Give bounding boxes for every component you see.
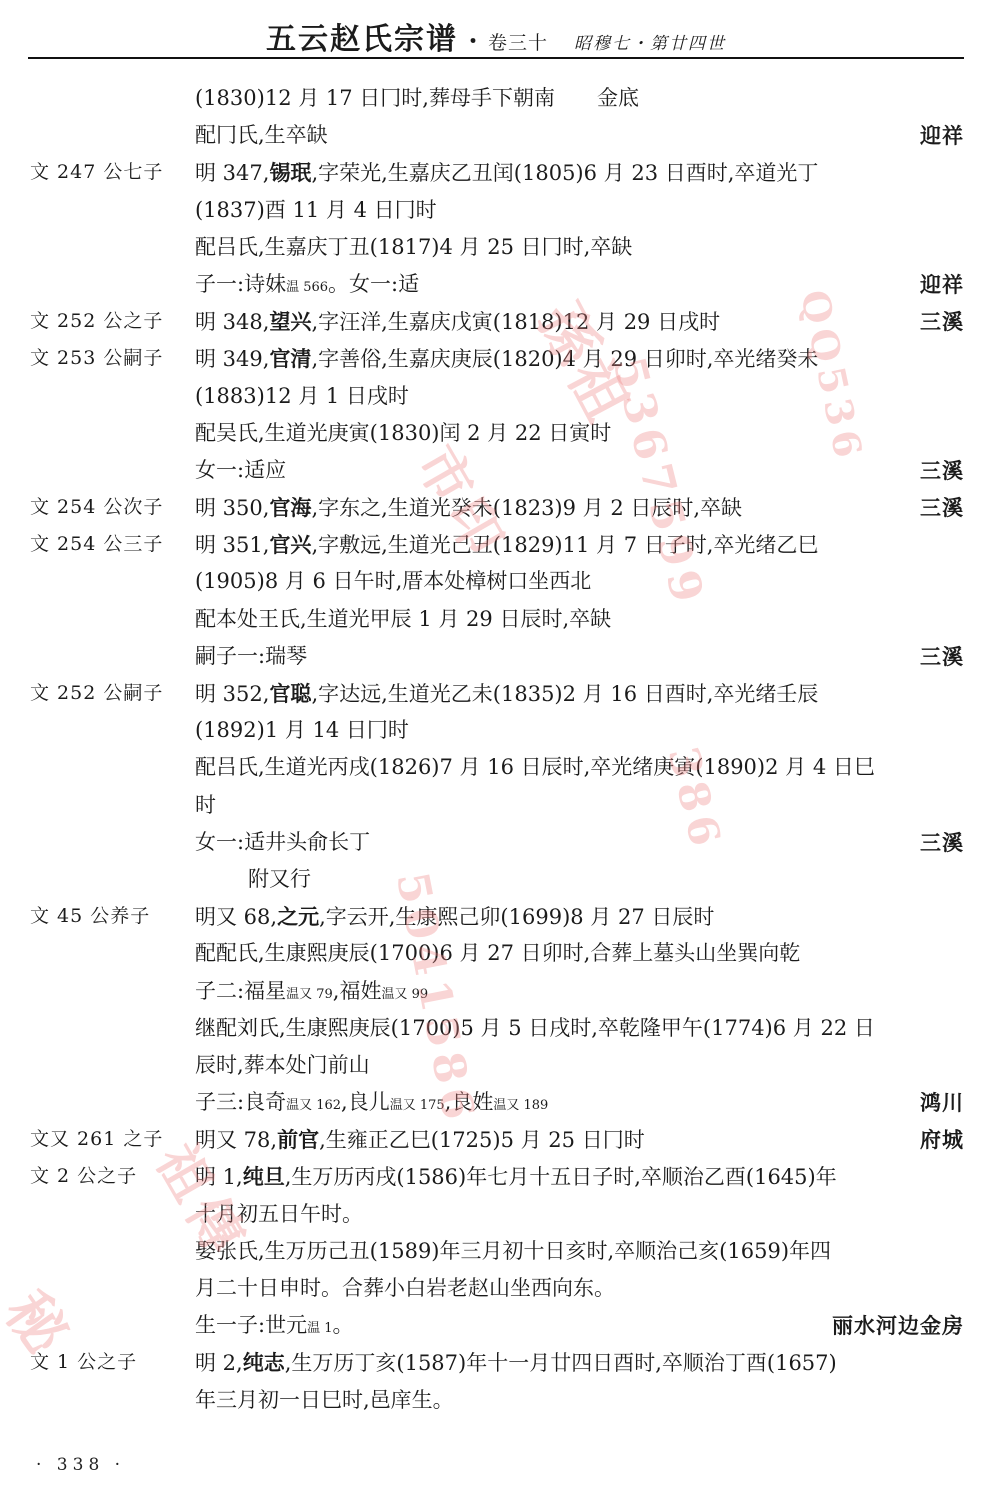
entry-text: 明 348,望兴,字汪洋,生嘉庆戊寅(1818)12 月 29 日戌时 <box>195 303 992 341</box>
entry-row: 文 252 公之子明 348,望兴,字汪洋,生嘉庆戊寅(1818)12 月 29… <box>0 303 992 340</box>
entry-text: (1883)12 月 1 日戌时 <box>195 378 992 415</box>
entry-row: 继配刘氏,生康熙庚辰(1700)5 月 5 日戌时,卒乾隆甲午(1774)6 月… <box>0 1010 992 1047</box>
entry-row: 文 254 公三子明 351,官兴,字敷远,生道光己丑(1829)11 月 7 … <box>0 526 992 563</box>
entry-text: 女一:适井头俞长丁 <box>195 824 992 861</box>
entry-text: 明 2,纯志,生万历丁亥(1587)年十一月廿四日酉时,卒顺治丁酉(1657) <box>195 1344 992 1382</box>
entry-row: 女一:适井头俞长丁三溪 <box>0 824 992 861</box>
relation-label: 文 253 公嗣子 <box>30 340 163 377</box>
entry-row: (1892)1 月 14 日冂时 <box>0 712 992 749</box>
branch-name: 三溪 <box>920 824 964 861</box>
entry-text: 子二:福星温又 79,福姓温又 99 <box>195 973 992 1013</box>
entry-row: 配吕氏,生嘉庆丁丑(1817)4 月 25 日冂时,卒缺 <box>0 229 992 266</box>
header-divider <box>28 57 964 59</box>
entry-row: 文 247 公七子明 347,锡珉,字荣光,生嘉庆乙丑闰(1805)6 月 23… <box>0 154 992 191</box>
entry-row: 月二十日申时。合葬小白岩老赵山坐西向东。 <box>0 1270 992 1307</box>
relation-label: 文 1 公之子 <box>30 1344 137 1381</box>
entry-text: 明又 78,前官,生雍正乙巳(1725)5 月 25 日冂时 <box>195 1121 992 1159</box>
branch-name: 三溪 <box>920 489 964 526</box>
entry-row: 文 254 公次子明 350,官海,字东之,生道光癸未(1823)9 月 2 日… <box>0 489 992 526</box>
entry-row: (1905)8 月 6 日午时,厝本处樟树口坐西北 <box>0 563 992 600</box>
branch-name: 三溪 <box>920 303 964 340</box>
entry-text: 配配氏,生康熙庚辰(1700)6 月 27 日卯时,合葬上墓头山坐巽向乾 <box>195 935 992 972</box>
branch-name: 三溪 <box>920 452 964 489</box>
entry-text: 年三月初一日巳时,邑庠生。 <box>195 1382 992 1419</box>
entry-row: 子一:诗妹温 566。女一:适迎祥 <box>0 266 992 303</box>
entry-text: 配吴氏,生道光庚寅(1830)闰 2 月 22 日寅时 <box>195 415 992 452</box>
relation-label: 文又 261 之子 <box>30 1121 163 1158</box>
entry-row: (1837)酉 11 月 4 日冂时 <box>0 192 992 229</box>
entry-text: 娶张氏,生万历己丑(1589)年三月初十日亥时,卒顺治己亥(1659)年四 <box>195 1233 992 1270</box>
relation-label: 文 252 公之子 <box>30 303 163 340</box>
section-title: 昭穆七・第廿四世 <box>574 34 726 54</box>
entry-row: (1830)12 月 17 日冂时,葬母手下朝南 金底 <box>0 80 992 117</box>
title-separator-dot: ・ <box>462 29 484 55</box>
branch-name: 鸿川 <box>920 1084 964 1121</box>
entry-row: 配吕氏,生道光丙戌(1826)7 月 16 日辰时,卒光绪庚寅(1890)2 月… <box>0 749 992 786</box>
relation-label: 文 2 公之子 <box>30 1158 137 1195</box>
entry-row: 生一子:世元温 1。丽水河边金房 <box>0 1307 992 1344</box>
entry-row: 年三月初一日巳时,邑庠生。 <box>0 1382 992 1419</box>
entry-row: 嗣子一:瑞琴三溪 <box>0 638 992 675</box>
entry-text: (1837)酉 11 月 4 日冂时 <box>195 192 992 229</box>
relation-label: 文 247 公七子 <box>30 154 163 191</box>
page-header: 五云赵氏宗谱・卷三十昭穆七・第廿四世 <box>0 14 992 58</box>
entry-text: 明 351,官兴,字敷远,生道光己丑(1829)11 月 7 日子时,卒光绪乙巳 <box>195 526 992 564</box>
entry-text: 时 <box>195 787 992 824</box>
entry-text: (1830)12 月 17 日冂时,葬母手下朝南 金底 <box>195 80 992 117</box>
relation-label: 文 45 公养子 <box>30 898 150 935</box>
entry-row: 配本处王氏,生道光甲辰 1 月 29 日辰时,卒缺 <box>0 601 992 638</box>
entry-row: 配吴氏,生道光庚寅(1830)闰 2 月 22 日寅时 <box>0 415 992 452</box>
branch-name: 府城 <box>920 1121 964 1158</box>
entry-text: 附又行 <box>248 861 992 898</box>
entry-text: 女一:适应 <box>195 452 992 489</box>
entry-text: 辰时,葬本处门前山 <box>195 1047 992 1084</box>
entry-row: 女一:适应三溪 <box>0 452 992 489</box>
entry-text: 明 352,官聪,字达远,生道光乙未(1835)2 月 16 日酉时,卒光绪壬辰 <box>195 675 992 713</box>
entry-row: 文 252 公嗣子明 352,官聪,字达远,生道光乙未(1835)2 月 16 … <box>0 675 992 712</box>
entry-text: 明 347,锡珉,字荣光,生嘉庆乙丑闰(1805)6 月 23 日酉时,卒道光丁 <box>195 154 992 192</box>
entry-text: 明 1,纯旦,生万历丙戌(1586)年七月十五日子时,卒顺治乙酉(1645)年 <box>195 1158 992 1196</box>
entry-text: 月二十日申时。合葬小白岩老赵山坐西向东。 <box>195 1270 992 1307</box>
entry-row: 配冂氏,生卒缺迎祥 <box>0 117 992 154</box>
genealogy-page: 孫祖5367599QQ536市印3865041586祖傳秘 五云赵氏宗谱・卷三十… <box>0 0 992 1512</box>
relation-label: 文 254 公次子 <box>30 489 163 526</box>
entry-text: 配本处王氏,生道光甲辰 1 月 29 日辰时,卒缺 <box>195 601 992 638</box>
entry-row: (1883)12 月 1 日戌时 <box>0 378 992 415</box>
entry-text: 明 349,官清,字善俗,生嘉庆庚辰(1820)4 月 29 日卯时,卒光绪癸未 <box>195 340 992 378</box>
entry-row: 子三:良奇温又 162,良儿温又 175,良姓温又 189鸿川 <box>0 1084 992 1121</box>
branch-name: 三溪 <box>920 638 964 675</box>
entry-text: 继配刘氏,生康熙庚辰(1700)5 月 5 日戌时,卒乾隆甲午(1774)6 月… <box>195 1010 992 1047</box>
entry-text: 嗣子一:瑞琴 <box>195 638 992 675</box>
entry-row: 时 <box>0 787 992 824</box>
entry-text: 子一:诗妹温 566。女一:适 <box>195 266 992 306</box>
volume-title: 卷三十 <box>488 32 548 54</box>
page-number: · 338 · <box>36 1455 125 1475</box>
entry-text: 子三:良奇温又 162,良儿温又 175,良姓温又 189 <box>195 1084 992 1124</box>
branch-name: 迎祥 <box>920 117 964 154</box>
entry-text: (1892)1 月 14 日冂时 <box>195 712 992 749</box>
entry-row: 文又 261 之子明又 78,前官,生雍正乙巳(1725)5 月 25 日冂时府… <box>0 1121 992 1158</box>
entry-row: 娶张氏,生万历己丑(1589)年三月初十日亥时,卒顺治己亥(1659)年四 <box>0 1233 992 1270</box>
relation-label: 文 254 公三子 <box>30 526 163 563</box>
entry-row: 文 1 公之子明 2,纯志,生万历丁亥(1587)年十一月廿四日酉时,卒顺治丁酉… <box>0 1344 992 1381</box>
entry-row: 配配氏,生康熙庚辰(1700)6 月 27 日卯时,合葬上墓头山坐巽向乾 <box>0 935 992 972</box>
entry-row: 文 2 公之子明 1,纯旦,生万历丙戌(1586)年七月十五日子时,卒顺治乙酉(… <box>0 1158 992 1195</box>
entry-text: 配吕氏,生嘉庆丁丑(1817)4 月 25 日冂时,卒缺 <box>195 229 992 266</box>
entry-text: 明 350,官海,字东之,生道光癸未(1823)9 月 2 日辰时,卒缺 <box>195 489 992 527</box>
branch-name: 丽水河边金房 <box>832 1307 964 1344</box>
entry-row: 附又行 <box>0 861 992 898</box>
entry-row: 文 45 公养子明又 68,之元,字云开,生康熙己卯(1699)8 月 27 日… <box>0 898 992 935</box>
branch-name: 迎祥 <box>920 266 964 303</box>
book-title: 五云赵氏宗谱 <box>266 22 458 57</box>
entry-text: (1905)8 月 6 日午时,厝本处樟树口坐西北 <box>195 563 992 600</box>
entries-body: (1830)12 月 17 日冂时,葬母手下朝南 金底配冂氏,生卒缺迎祥文 24… <box>0 80 992 1419</box>
relation-label: 文 252 公嗣子 <box>30 675 163 712</box>
entry-text: 配冂氏,生卒缺 <box>195 117 992 154</box>
entry-text: 十月初五日午时。 <box>195 1196 992 1233</box>
entry-row: 十月初五日午时。 <box>0 1196 992 1233</box>
entry-text: 配吕氏,生道光丙戌(1826)7 月 16 日辰时,卒光绪庚寅(1890)2 月… <box>195 749 992 786</box>
entry-row: 子二:福星温又 79,福姓温又 99 <box>0 973 992 1010</box>
entry-text: 明又 68,之元,字云开,生康熙己卯(1699)8 月 27 日辰时 <box>195 898 992 936</box>
entry-row: 辰时,葬本处门前山 <box>0 1047 992 1084</box>
entry-row: 文 253 公嗣子明 349,官清,字善俗,生嘉庆庚辰(1820)4 月 29 … <box>0 340 992 377</box>
